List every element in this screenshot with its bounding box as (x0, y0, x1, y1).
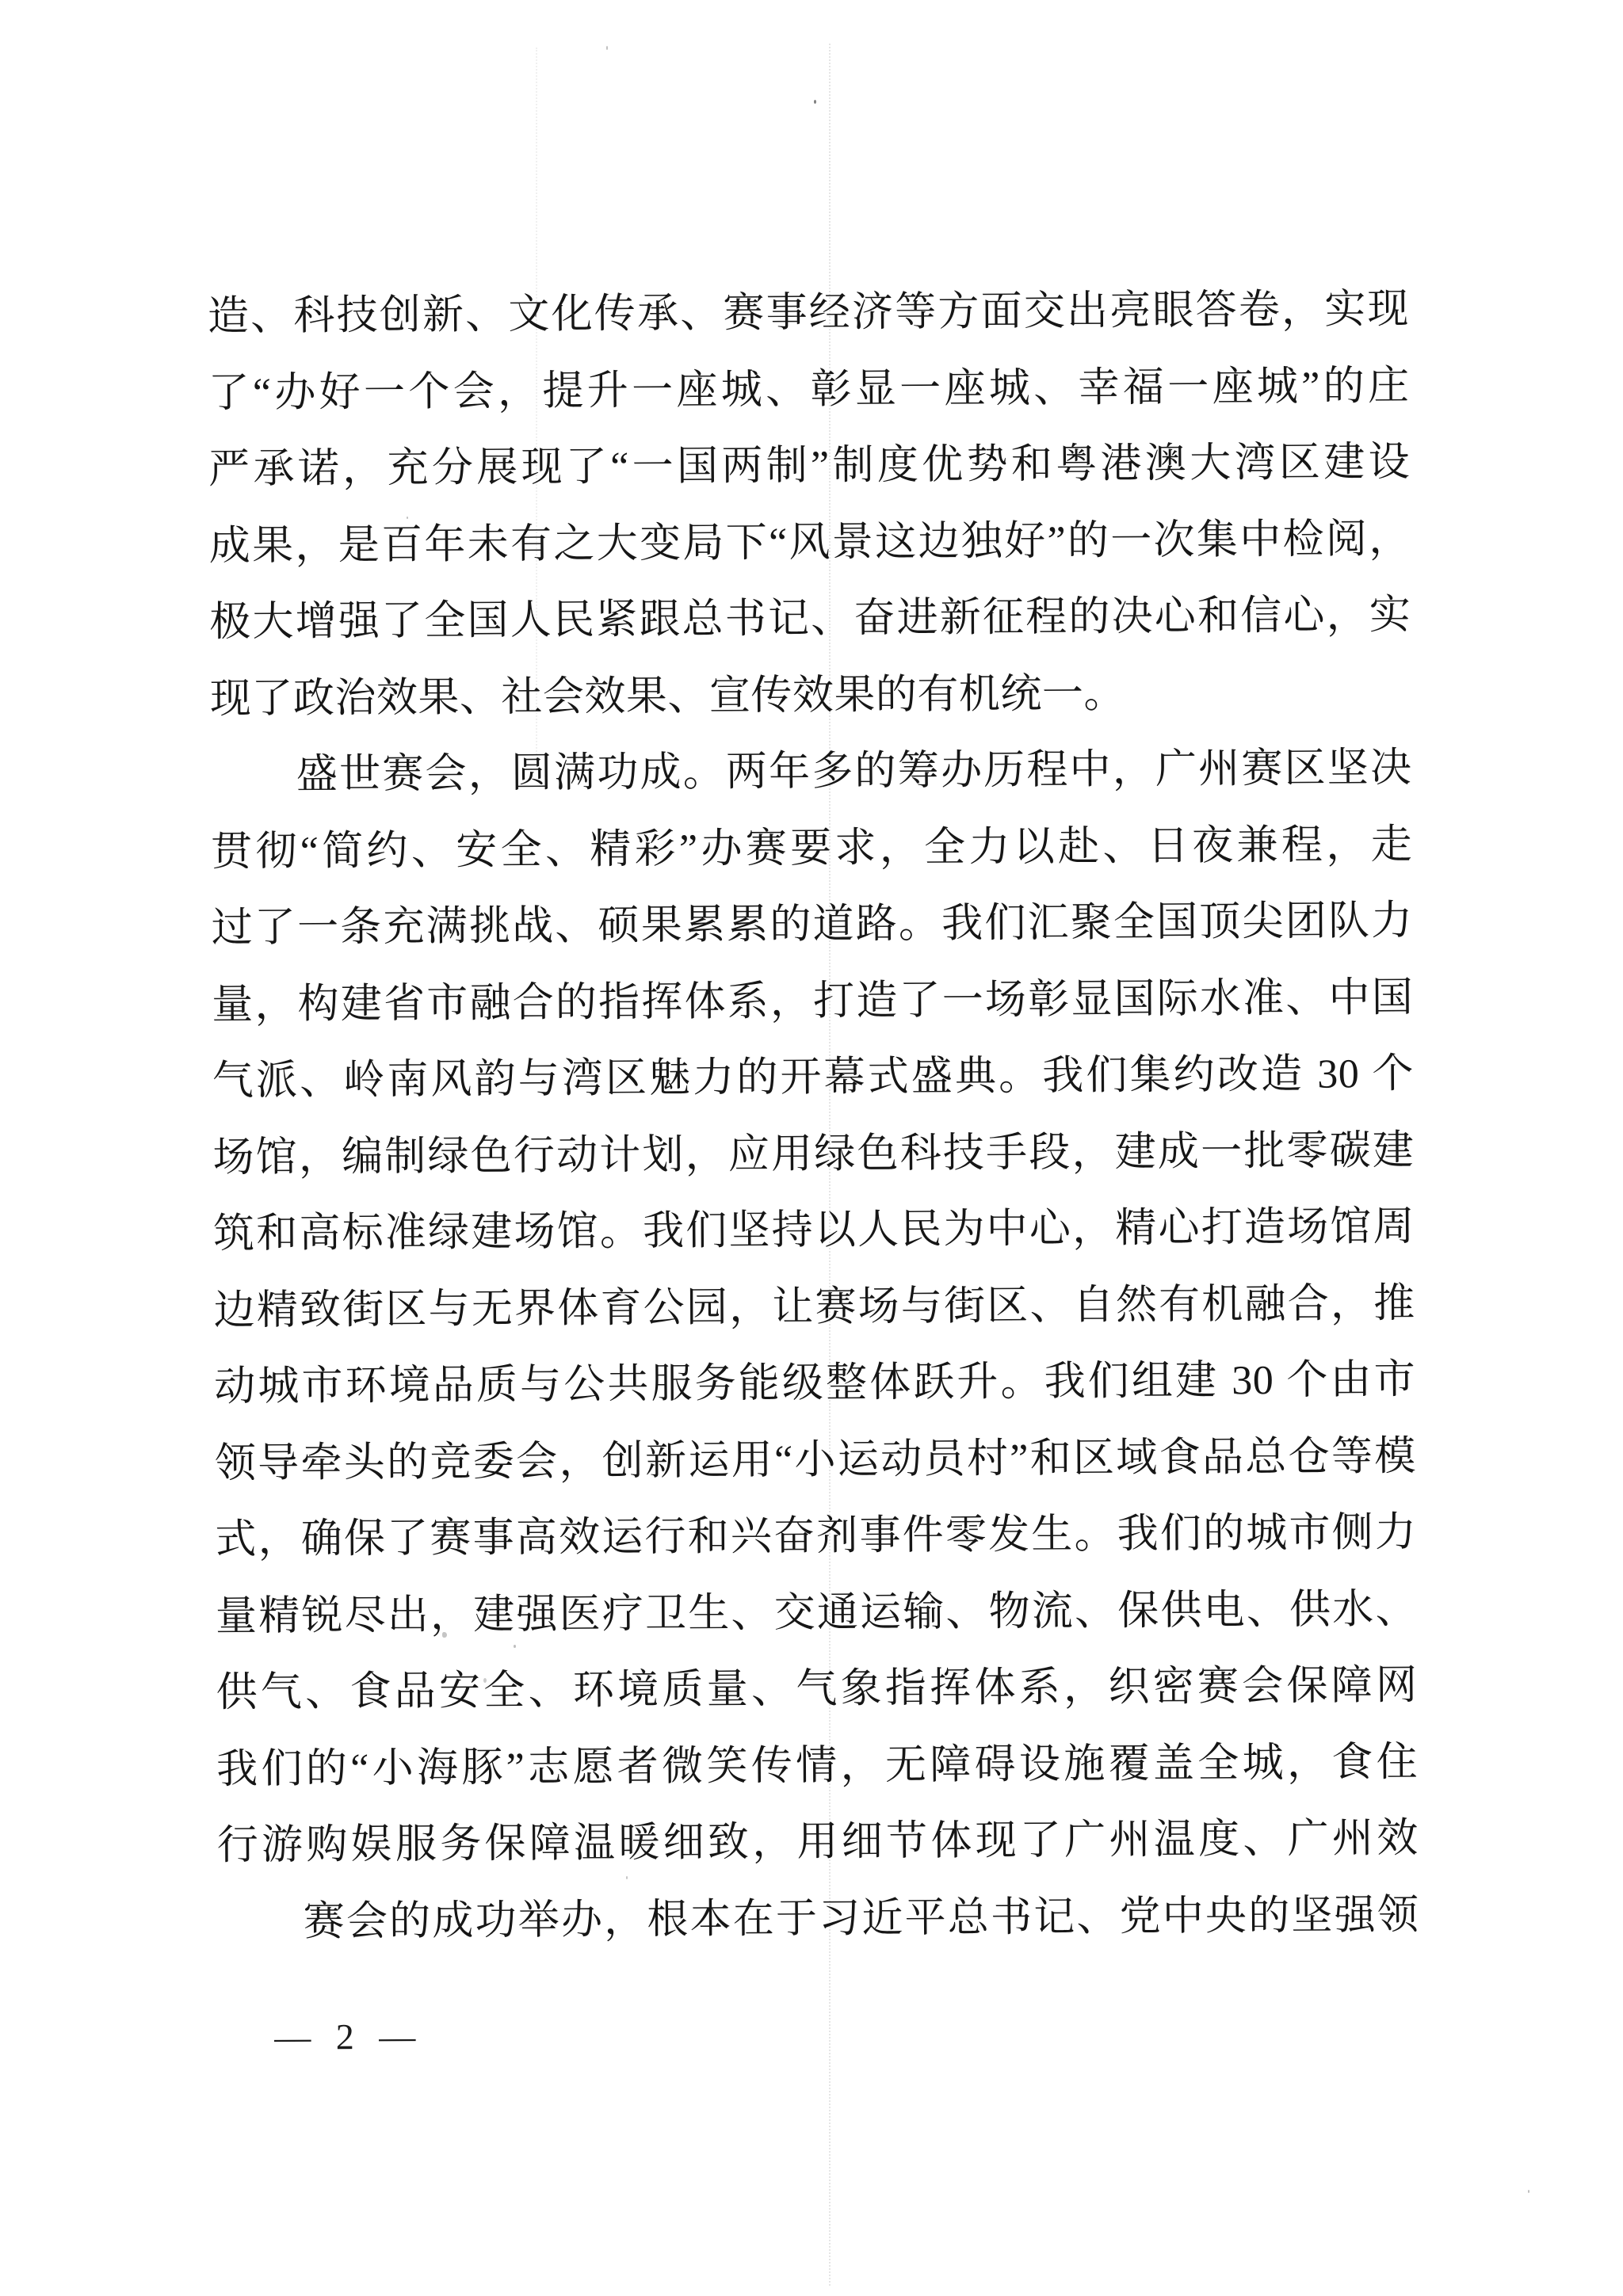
text-line: 成果，是百年未有之大变局下“风景这边独好”的一次集中检阅， (208, 501, 1411, 585)
text-line: 盛世赛会，圆满功成。两年多的筹办历程中，广州赛区坚决 (210, 730, 1412, 814)
text-line: 造、科技创新、文化传承、赛事经济等方面交出亮眼答卷，实现 (208, 272, 1410, 356)
scan-speck (626, 1876, 628, 1879)
text-line: 极大增强了全国人民紧跟总书记、奋进新征程的决心和信心，实 (209, 578, 1411, 662)
scan-fold-line (829, 44, 831, 2286)
text-line: 动城市环境品质与公共服务能级整体跃升。我们组建 30 个由市 (214, 1342, 1416, 1426)
scan-speck (606, 46, 608, 50)
scan-speck (814, 100, 816, 104)
text-line: 赛会的成功举办，根本在于习近平总书记、党中央的坚强领 (217, 1877, 1419, 1961)
text-line: 过了一条充满挑战、硕果累累的道路。我们汇聚全国顶尖团队力 (211, 883, 1413, 967)
text-line: 边精致街区与无界体育公园，让赛场与街区、自然有机融合，推 (213, 1265, 1415, 1349)
text-line: 量，构建省市融合的指挥体系，打造了一场彰显国际水准、中国 (212, 959, 1414, 1043)
text-line: 现了政治效果、社会效果、宣传效果的有机统一。 (210, 654, 1412, 738)
scan-speck (483, 1678, 487, 1683)
text-line: 气派、岭南风韵与湾区魅力的开幕式盛典。我们集约改造 30 个 (212, 1036, 1415, 1120)
scan-speck (442, 1632, 447, 1638)
text-line: 贯彻“简约、安全、精彩”办赛要求，全力以赴、日夜兼程，走 (211, 807, 1413, 891)
text-line: 式，确保了赛事高效运行和兴奋剂事件零发生。我们的城市侧力 (215, 1495, 1417, 1579)
page-content: 造、科技创新、文化传承、赛事经济等方面交出亮眼答卷，实现了“办好一个会，提升一座… (0, 0, 1623, 2296)
text-line: 行游购娱服务保障温暖细致，用细节体现了广州温度、广州效率。 (216, 1801, 1419, 1885)
text-line: 了“办好一个会，提升一座城、彰显一座城、幸福一座城”的庄 (208, 348, 1410, 432)
scan-speck (514, 1645, 516, 1648)
scan-speck (588, 1695, 591, 1699)
text-line: 场馆，编制绿色行动计划，应用绿色科技手段，建成一批零碳建 (212, 1112, 1415, 1196)
text-line: 筑和高标准绿建场馆。我们坚持以人民为中心，精心打造场馆周 (213, 1189, 1415, 1273)
page-number: — 2 — (274, 2016, 423, 2058)
scan-speck (407, 517, 408, 519)
text-line: 量精锐尽出，建强医疗卫生、交通运输、物流、保供电、供水、 (216, 1571, 1418, 1655)
text-line: 领导牵头的竞委会，创新运用“小运动员村”和区域食品总仓等模 (215, 1418, 1417, 1502)
scanned-page: 造、科技创新、文化传承、赛事经济等方面交出亮眼答卷，实现了“办好一个会，提升一座… (0, 0, 1623, 2296)
text-line: 严承诺，充分展现了“一国两制”制度优势和粤港澳大湾区建设 (208, 425, 1411, 509)
text-line: 供气、食品安全、环境质量、气象指挥体系，织密赛会保障网络。 (216, 1648, 1418, 1732)
scan-speck (535, 314, 537, 317)
scan-speck (1528, 2190, 1529, 2193)
scan-fold-line (536, 48, 537, 761)
document-body: 造、科技创新、文化传承、赛事经济等方面交出亮眼答卷，实现了“办好一个会，提升一座… (208, 272, 1419, 1961)
text-line: 我们的“小海豚”志愿者微笑传情，无障碍设施覆盖全城，食住 (216, 1724, 1419, 1808)
